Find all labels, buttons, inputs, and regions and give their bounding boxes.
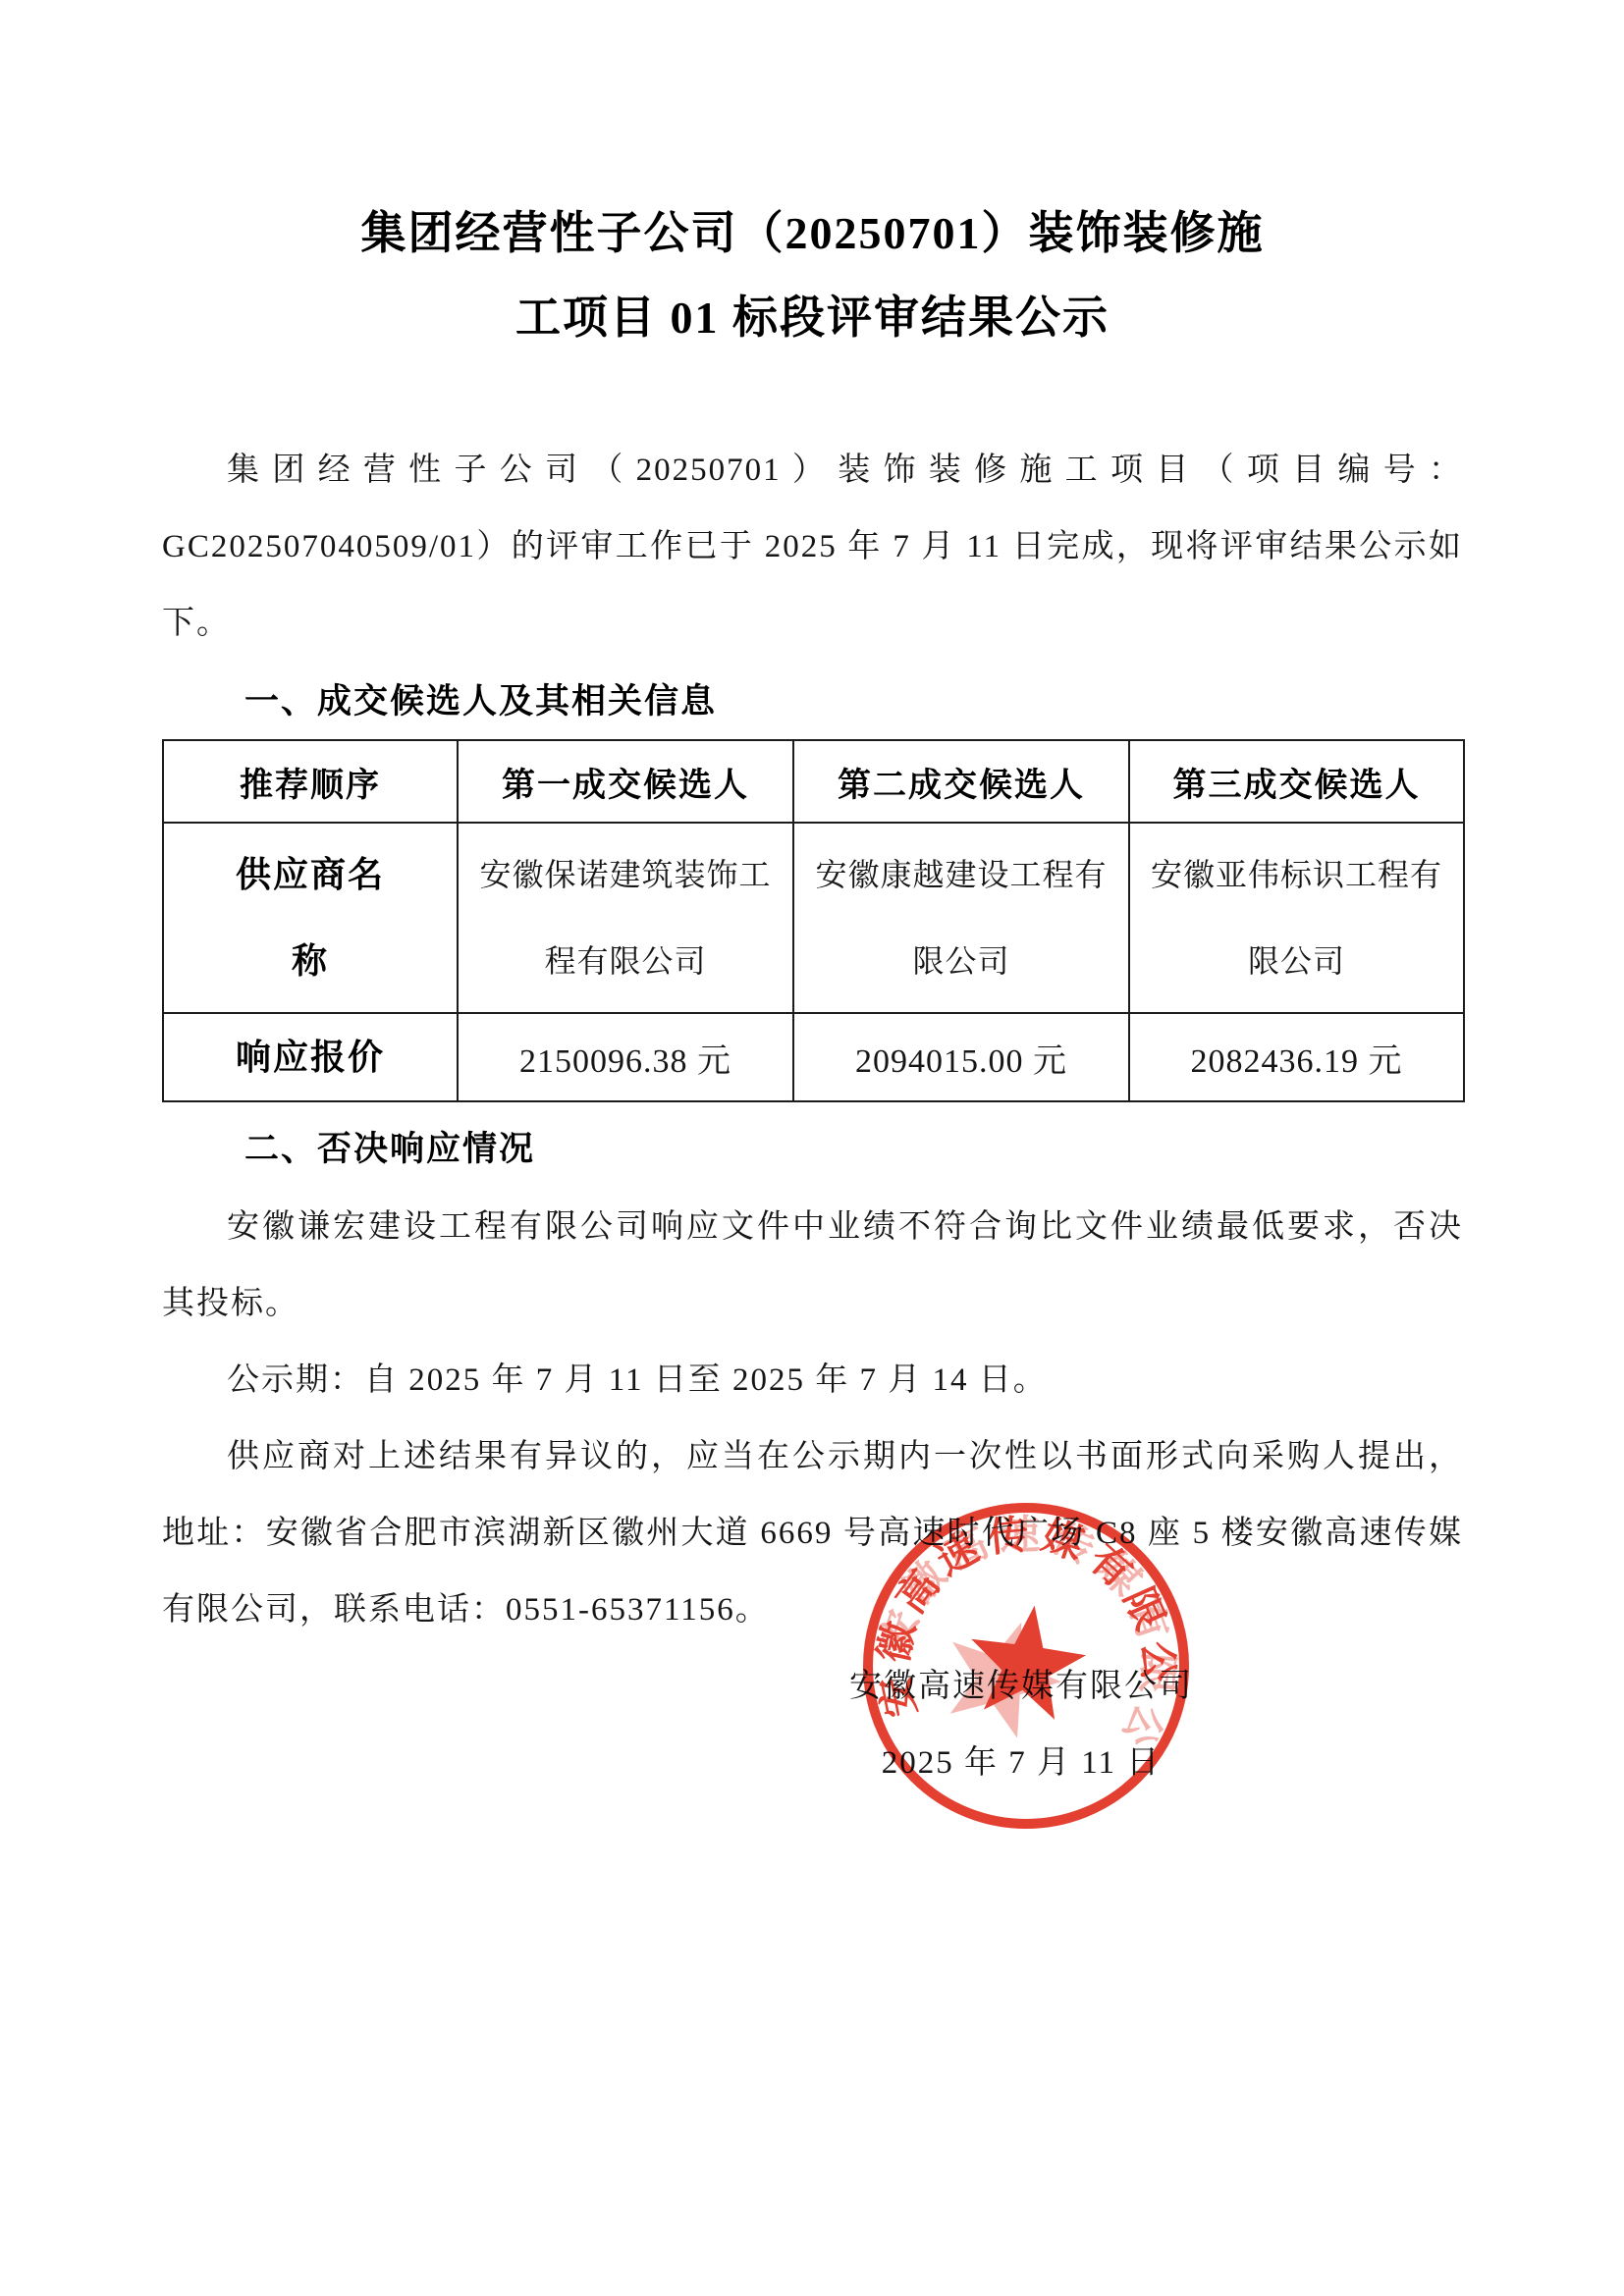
signature-company: 安徽高速传媒有限公司: [727, 1648, 1316, 1725]
page-title-line2: 工项目 01 标段评审结果公示: [162, 276, 1463, 360]
rejection-paragraph: 安徽谦宏建设工程有限公司响应文件中业绩不符合询比文件业绩最低要求，否决其投标。: [162, 1189, 1463, 1342]
bid-price-second: 2094015.00 元: [793, 1013, 1129, 1101]
page-title: 集团经营性子公司（20250701）装饰装修施 工项目 01 标段评审结果公示: [162, 191, 1463, 360]
signature-date: 2025 年 7 月 11 日: [727, 1725, 1316, 1801]
supplier-name-first: 安徽保诺建筑装饰工程有限公司: [458, 823, 793, 1013]
supplier-name-label: 供应商名称: [163, 823, 458, 1013]
page-title-line1: 集团经营性子公司（20250701）装饰装修施: [162, 191, 1463, 276]
bid-price-first: 2150096.38 元: [458, 1013, 793, 1101]
table-header-row: 推荐顺序 第一成交候选人 第二成交候选人 第三成交候选人: [163, 740, 1464, 823]
table-header-order: 推荐顺序: [163, 740, 458, 823]
signature-block: 安徽高速传媒有限公司 2025 年 7 月 11 日: [727, 1648, 1316, 1801]
intro-paragraph: 集团经营性子公司（20250701）装饰装修施工项目（项目编号：GC202507…: [162, 432, 1463, 662]
candidates-table: 推荐顺序 第一成交候选人 第二成交候选人 第三成交候选人 供应商名称 安徽保诺建…: [162, 739, 1465, 1102]
supplier-name-third: 安徽亚伟标识工程有限公司: [1129, 823, 1464, 1013]
table-row-supplier-name: 供应商名称 安徽保诺建筑装饰工程有限公司 安徽康越建设工程有限公司 安徽亚伟标识…: [163, 823, 1464, 1013]
table-header-third-candidate: 第三成交候选人: [1129, 740, 1464, 823]
supplier-name-second: 安徽康越建设工程有限公司: [793, 823, 1129, 1013]
table-header-first-candidate: 第一成交候选人: [458, 740, 793, 823]
document-content: 集团经营性子公司（20250701）装饰装修施 工项目 01 标段评审结果公示 …: [0, 191, 1624, 1801]
table-row-bid-price: 响应报价 2150096.38 元 2094015.00 元 2082436.1…: [163, 1013, 1464, 1101]
publicity-period: 公示期：自 2025 年 7 月 11 日至 2025 年 7 月 14 日。: [162, 1342, 1463, 1418]
bid-price-third: 2082436.19 元: [1129, 1013, 1464, 1101]
supplier-name-label-text: 供应商名称: [231, 831, 390, 1004]
bid-price-label-text: 响应报价: [231, 1014, 390, 1100]
objection-paragraph: 供应商对上述结果有异议的，应当在公示期内一次性以书面形式向采购人提出，地址：安徽…: [162, 1418, 1463, 1648]
section1-heading: 一、成交候选人及其相关信息: [162, 677, 1463, 726]
bid-price-label: 响应报价: [163, 1013, 458, 1101]
table-header-second-candidate: 第二成交候选人: [793, 740, 1129, 823]
section2-heading: 二、否决响应情况: [162, 1125, 1463, 1174]
document-page: 集团经营性子公司（20250701）装饰装修施 工项目 01 标段评审结果公示 …: [0, 0, 1624, 2296]
